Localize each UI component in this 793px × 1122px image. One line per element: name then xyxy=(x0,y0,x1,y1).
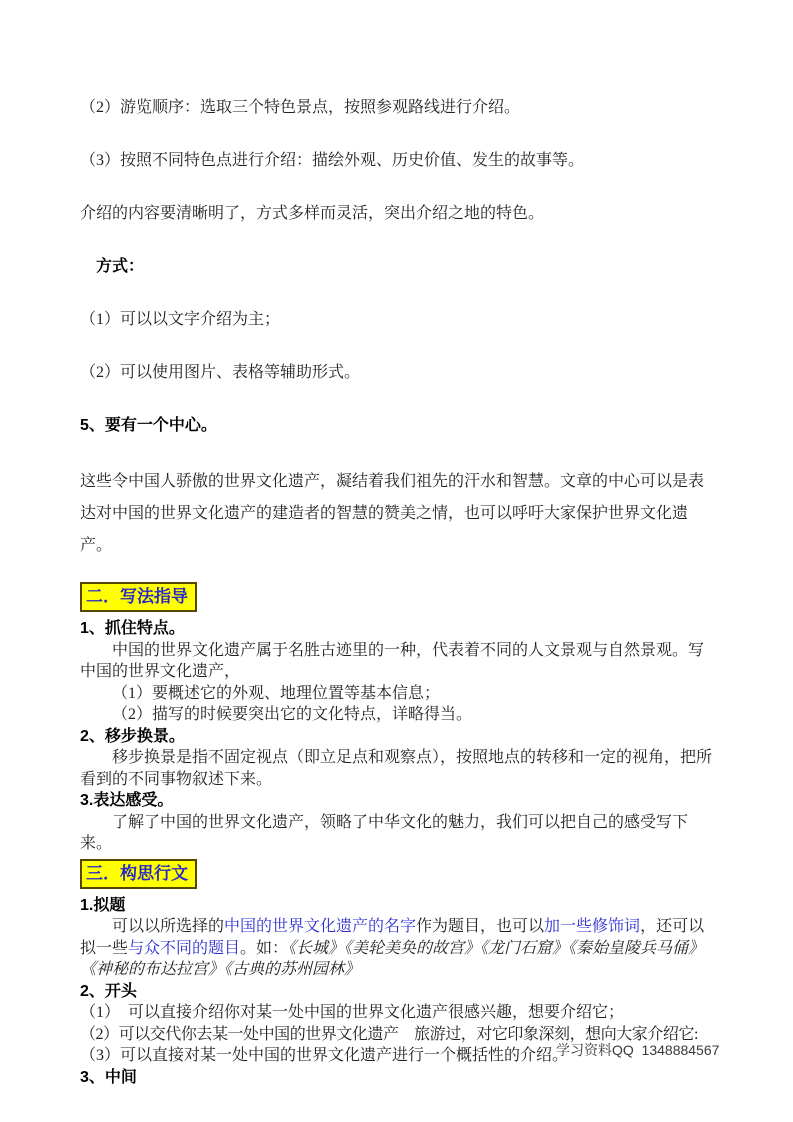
kaitou-item-1: （1） 可以直接介绍你对某一处中国的世界文化遗产很感兴趣，想要介绍它； xyxy=(80,1002,717,1024)
niti-text-2: 作为题目，也可以 xyxy=(416,918,544,935)
section2-point1-sub1: （1）要概述它的外观、地理位置等基本信息； xyxy=(80,683,717,705)
niti-text-4: 。如： xyxy=(240,940,288,957)
section2-point2-body: 移步换景是指不固定视点（即立足点和观察点），按照地点的转移和一定的视角，把所看到… xyxy=(80,747,717,790)
paragraph-tour-order: （2）游览顺序：选取三个特色景点，按照参观路线进行介绍。 xyxy=(80,95,717,120)
section3-heading: 三．构思行文 xyxy=(80,859,197,889)
page-footer: 学习资料QQ 1348884567 xyxy=(556,1040,719,1060)
section2-point2-heading: 2、移步换景。 xyxy=(80,726,717,748)
niti-paragraph: 可以以所选择的中国的世界文化遗产的名字作为题目，也可以加一些修饰词，还可以拟一些… xyxy=(80,916,717,981)
niti-emphasis-3: 与众不同的题目 xyxy=(128,940,240,957)
niti-heading: 1.拟题 xyxy=(80,895,717,917)
zhongjian-heading: 3、中间 xyxy=(80,1067,717,1089)
niti-emphasis-1: 中国的世界文化遗产的名字 xyxy=(224,918,416,935)
section2-point1-heading: 1、抓住特点。 xyxy=(80,618,717,640)
section3-heading-label: 三．构思行文 xyxy=(86,864,188,883)
section2-heading: 二．写法指导 xyxy=(80,582,197,612)
point5-heading: 5、要有一个中心。 xyxy=(80,413,717,438)
section2-point1-sub2: （2）描写的时候要突出它的文化特点，详略得当。 xyxy=(80,704,717,726)
section2-heading-label: 二．写法指导 xyxy=(86,587,188,606)
document-content: （2）游览顺序：选取三个特色景点，按照参观路线进行介绍。 （3）按照不同特色点进… xyxy=(0,0,793,1088)
section2-point3-body: 了解了中国的世界文化遗产，领略了中华文化的魅力，我们可以把自己的感受写下来。 xyxy=(80,812,717,855)
section2-point3-heading: 3.表达感受。 xyxy=(80,790,717,812)
paragraph-intro-note: 介绍的内容要清晰明了，方式多样而灵活，突出介绍之地的特色。 xyxy=(80,201,717,226)
paragraph-feature-points: （3）按照不同特色点进行介绍：描绘外观、历史价值、发生的故事等。 xyxy=(80,148,717,173)
fangshi-item-1: （1）可以以文字介绍为主； xyxy=(80,307,717,332)
kaitou-heading: 2、开头 xyxy=(80,981,717,1003)
section2-point1-body: 中国的世界文化遗产属于名胜古迹里的一种，代表着不同的人文景观与自然景观。写中国的… xyxy=(80,640,717,683)
niti-text-1: 可以以所选择的 xyxy=(112,918,224,935)
fangshi-item-2: （2）可以使用图片、表格等辅助形式。 xyxy=(80,360,717,385)
niti-emphasis-2: 加一些修饰词 xyxy=(544,918,640,935)
document-page: （2）游览顺序：选取三个特色景点，按照参观路线进行介绍。 （3）按照不同特色点进… xyxy=(0,0,793,1122)
point5-body: 这些令中国人骄傲的世界文化遗产，凝结着我们祖先的汗水和智慧。文章的中心可以是表达… xyxy=(80,466,717,562)
fangshi-heading: 方式： xyxy=(80,254,717,279)
